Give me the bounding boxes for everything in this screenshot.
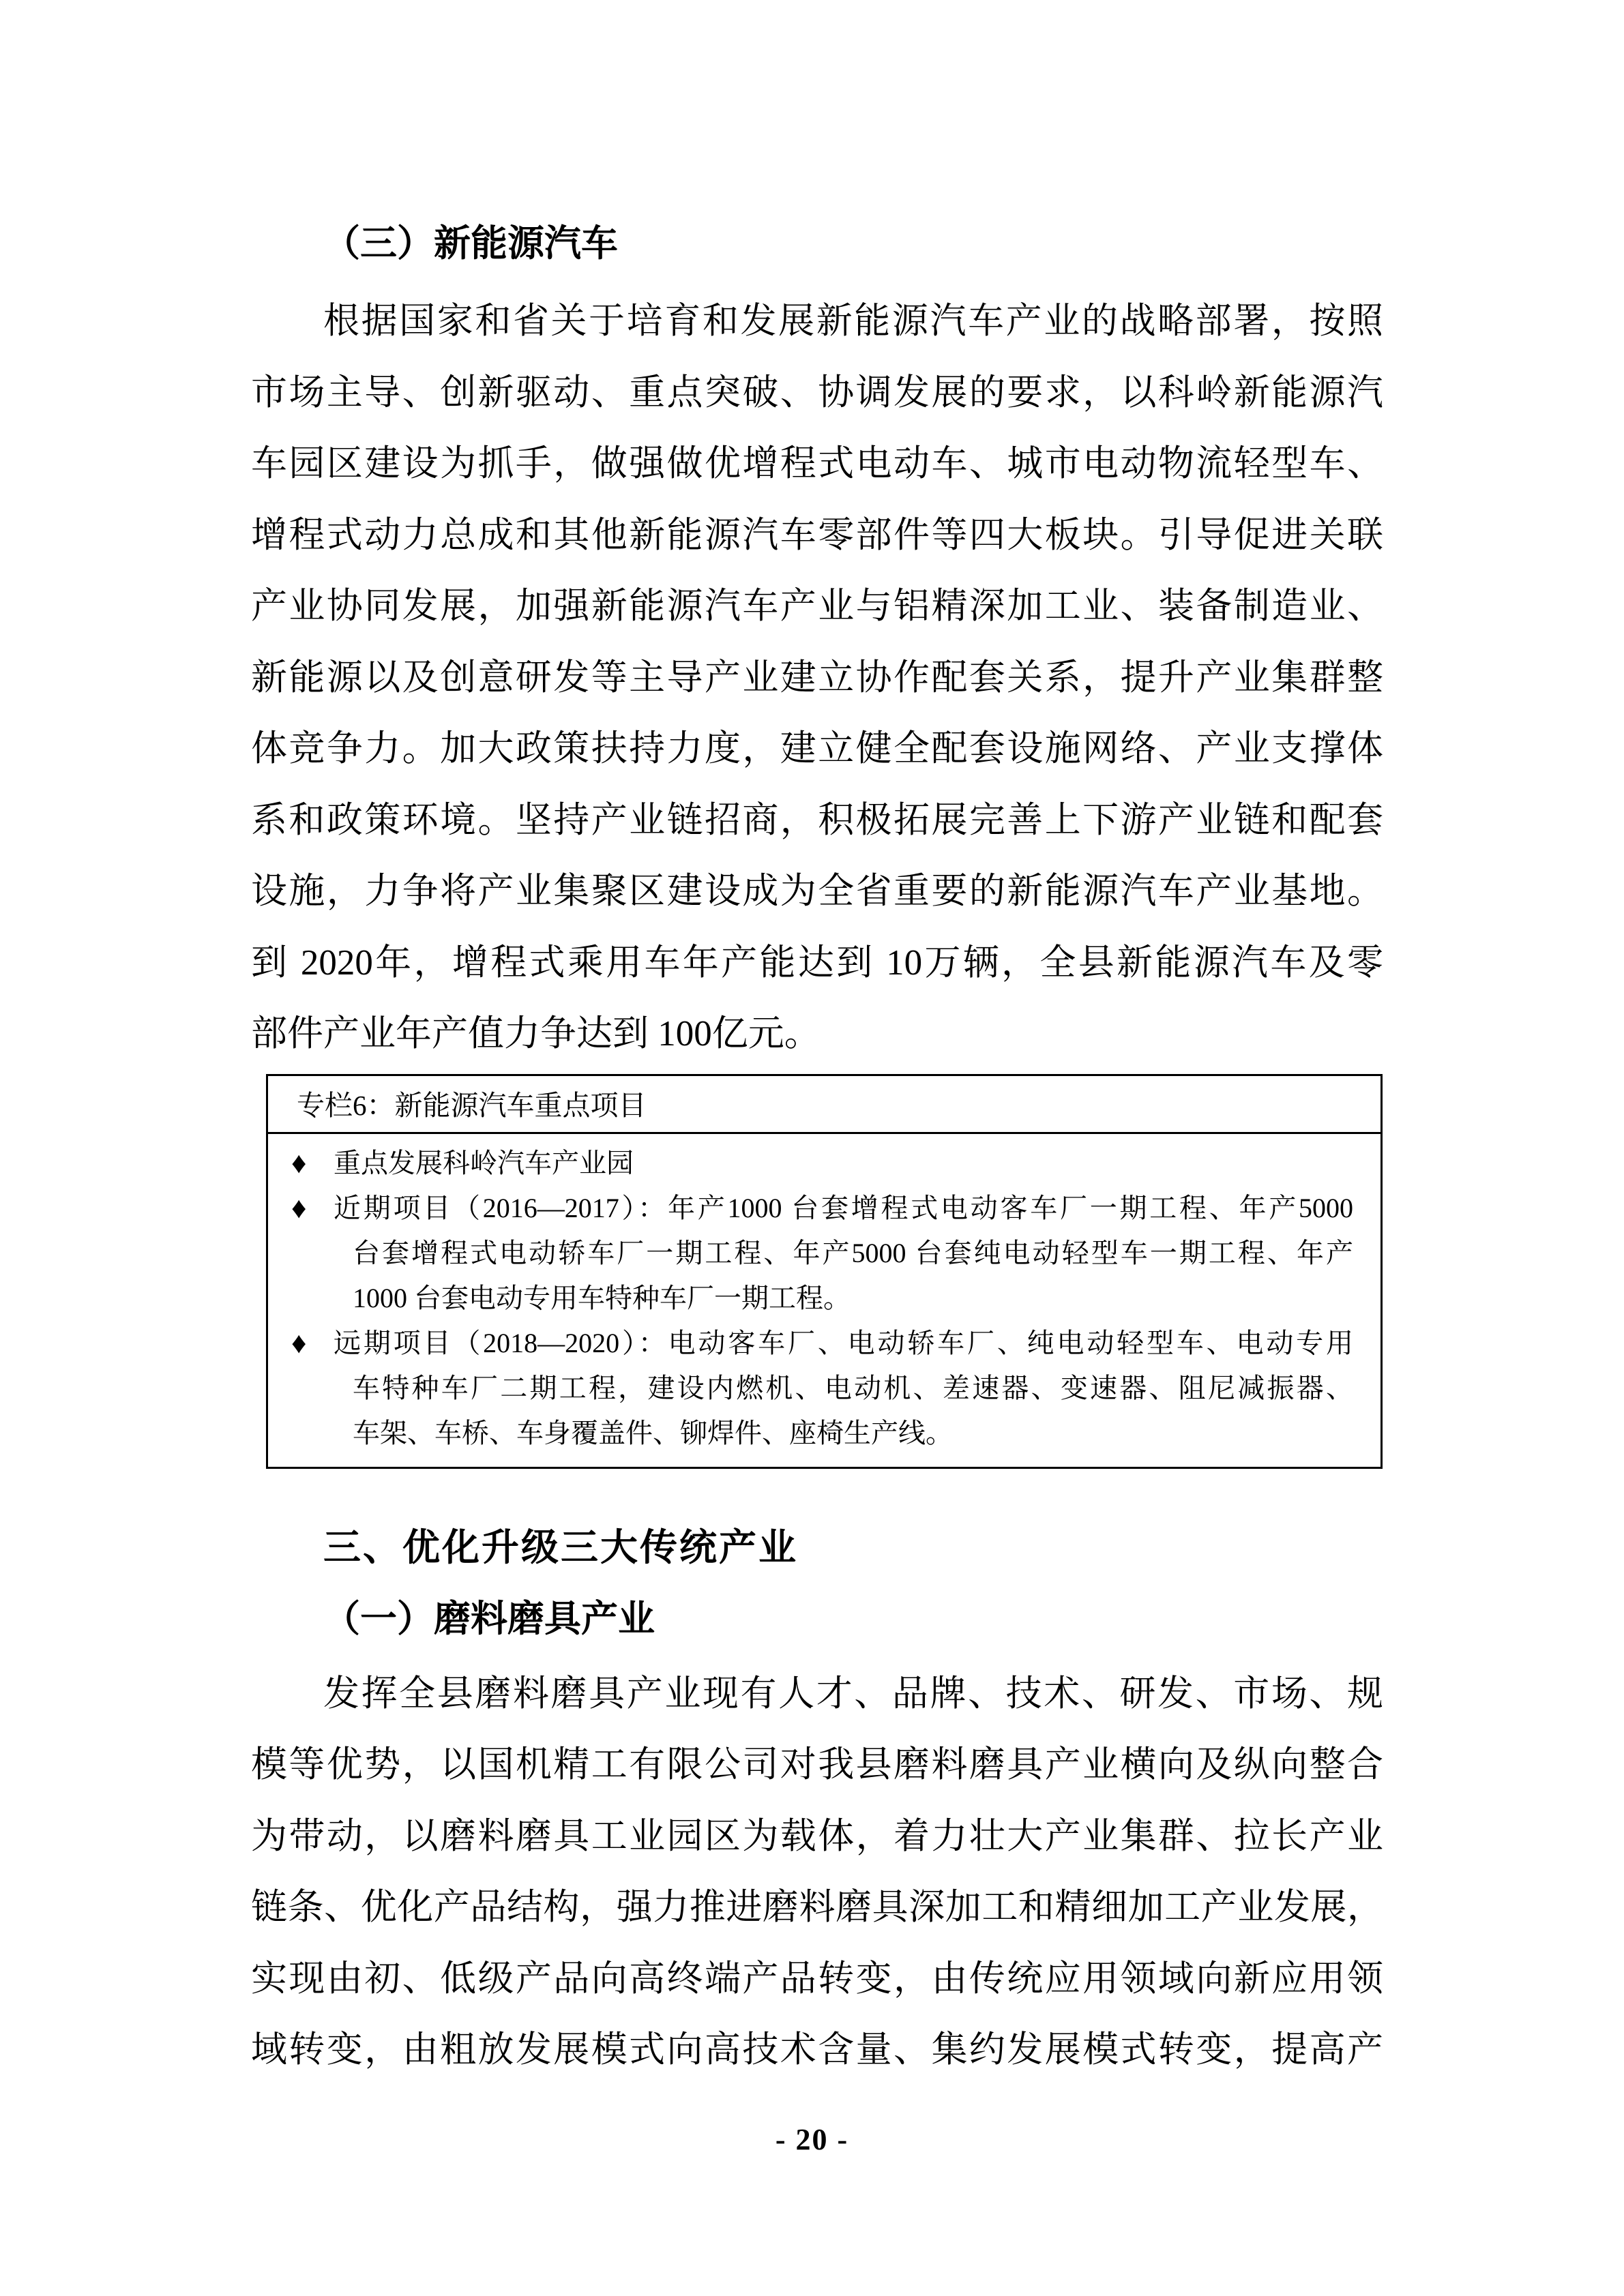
text-line: ♦远期项目（2018—2020）：电动客车厂、电动轿车厂、纯电动轻型车、电动专用 <box>268 1321 1353 1366</box>
text-line: 车架、车桥、车身覆盖件、铆焊件、座椅生产线。 <box>268 1411 1353 1456</box>
section-heading-three-traditional-industries: 三、优化升级三大传统产业 <box>251 1512 1383 1583</box>
text-line: 根据国家和省关于培育和发展新能源汽车产业的战略部署，按照 <box>251 286 1383 357</box>
text-line: 车特种车厂二期工程，建设内燃机、电动机、差速器、变速器、阻尼减振器、 <box>268 1366 1353 1411</box>
project-box-body: ♦重点发展科岭汽车产业园♦近期项目（2016—2017）：年产1000 台套增程… <box>268 1134 1381 1467</box>
text-line: 体竞争力。加大政策扶持力度，建立健全配套设施网络、产业支撑体 <box>251 713 1383 785</box>
text-line: 系和政策环境。坚持产业链招商，积极拓展完善上下游产业链和配套 <box>251 785 1383 856</box>
page-content: （三）新能源汽车 根据国家和省关于培育和发展新能源汽车产业的战略部署，按照市场主… <box>251 0 1383 2086</box>
page-number: - 20 - <box>0 2122 1624 2157</box>
paragraph-new-energy: 根据国家和省关于培育和发展新能源汽车产业的战略部署，按照市场主导、创新驱动、重点… <box>251 286 1383 1070</box>
section-heading-new-energy-vehicles: （三）新能源汽车 <box>251 208 1383 280</box>
text-line: 增程式动力总成和其他新能源汽车零部件等四大板块。引导促进关联 <box>251 500 1383 571</box>
text-line: 台套增程式电动轿车厂一期工程、年产5000 台套纯电动轻型车一期工程、年产 <box>268 1231 1353 1276</box>
text-line: 链条、优化产品结构，强力推进磨料磨具深加工和精细加工产业发展， <box>251 1872 1383 1943</box>
text-line: 车园区建设为抓手，做强做优增程式电动车、城市电动物流轻型车、 <box>251 428 1383 500</box>
text-line: 为带动，以磨料磨具工业园区为载体，着力壮大产业集群、拉长产业 <box>251 1801 1383 1873</box>
text-line: 设施，力争将产业集聚区建设成为全省重要的新能源汽车产业基地。 <box>251 856 1383 927</box>
diamond-bullet-icon: ♦ <box>291 1186 306 1231</box>
text-line: 市场主导、创新驱动、重点突破、协调发展的要求，以科岭新能源汽 <box>251 357 1383 429</box>
paragraph-abrasives: 发挥全县磨料磨具产业现有人才、品牌、技术、研发、市场、规模等优势，以国机精工有限… <box>251 1658 1383 2086</box>
text-line: 1000 台套电动专用车特种车厂一期工程。 <box>268 1276 1353 1321</box>
text-line: 模等优势，以国机精工有限公司对我县磨料磨具产业横向及纵向整合 <box>251 1729 1383 1801</box>
text-line: 域转变，由粗放发展模式向高技术含量、集约发展模式转变，提高产 <box>251 2014 1383 2086</box>
doc-page: { "page_number": "- 20 -", "new_energy":… <box>0 0 1624 2296</box>
text-line: ♦重点发展科岭汽车产业园 <box>268 1141 1353 1186</box>
text-line: 实现由初、低级产品向高终端产品转变，由传统应用领域向新应用领 <box>251 1943 1383 2015</box>
project-box-title: 专栏6：新能源汽车重点项目 <box>268 1076 1381 1134</box>
diamond-bullet-icon: ♦ <box>291 1321 306 1366</box>
text-line: 产业协同发展，加强新能源汽车产业与铝精深加工业、装备制造业、 <box>251 571 1383 642</box>
text-line: 新能源以及创意研发等主导产业建立协作配套关系，提升产业集群整 <box>251 642 1383 714</box>
diamond-bullet-icon: ♦ <box>291 1141 306 1186</box>
box-bullet-item: ♦远期项目（2018—2020）：电动客车厂、电动轿车厂、纯电动轻型车、电动专用… <box>268 1321 1353 1456</box>
text-line: 到 2020年，增程式乘用车年产能达到 10万辆，全县新能源汽车及零 <box>251 927 1383 999</box>
box-bullet-item: ♦近期项目（2016—2017）：年产1000 台套增程式电动客车厂一期工程、年… <box>268 1186 1353 1321</box>
box-bullet-item: ♦重点发展科岭汽车产业园 <box>268 1141 1353 1186</box>
section-heading-abrasives: （一）磨料磨具产业 <box>251 1583 1383 1655</box>
text-line: ♦近期项目（2016—2017）：年产1000 台套增程式电动客车厂一期工程、年… <box>268 1186 1353 1231</box>
text-line: 发挥全县磨料磨具产业现有人才、品牌、技术、研发、市场、规 <box>251 1658 1383 1730</box>
text-line: 部件产业年产值力争达到 100亿元。 <box>251 998 1383 1070</box>
project-box-column6: 专栏6：新能源汽车重点项目 ♦重点发展科岭汽车产业园♦近期项目（2016—201… <box>266 1074 1383 1469</box>
